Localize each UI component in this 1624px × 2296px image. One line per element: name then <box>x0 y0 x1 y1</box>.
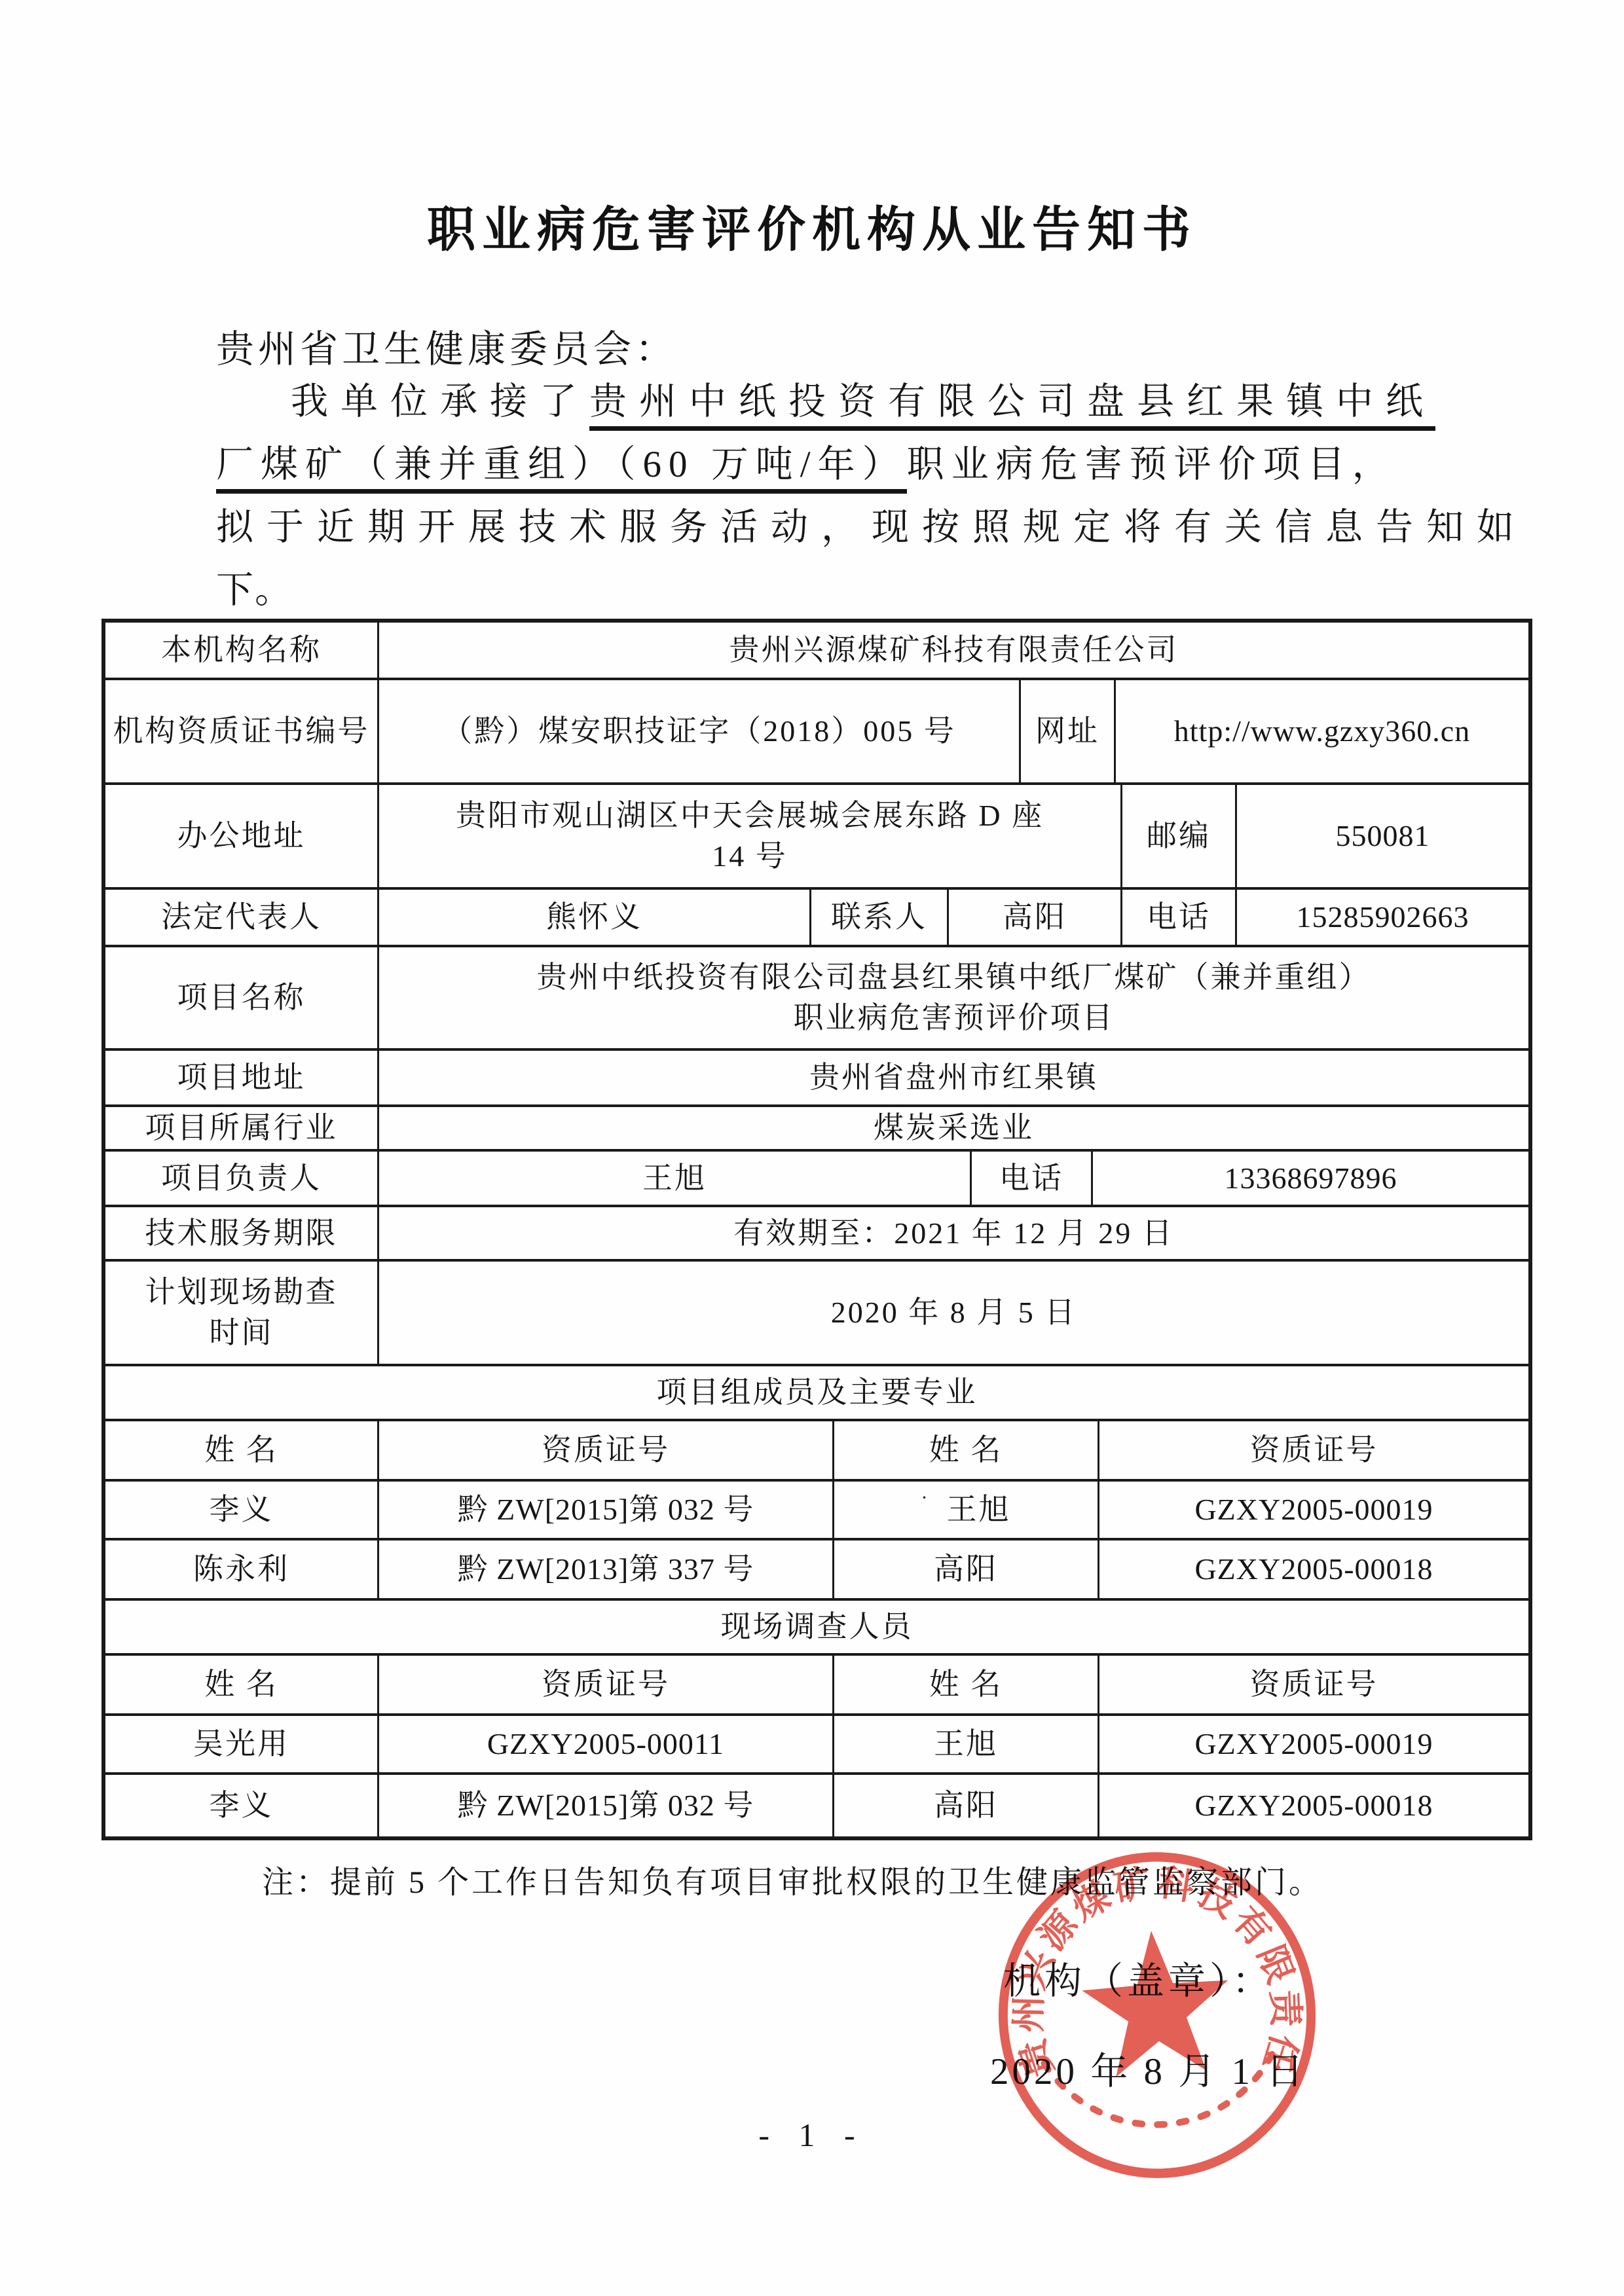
legal-rep-label: 法定代表人 <box>105 890 377 945</box>
member-cert-header: 资质证号 <box>1098 1421 1528 1479</box>
document-title: 职业病危害评价机构从业告知书 <box>0 191 1624 261</box>
office-address-label: 办公地址 <box>105 785 377 887</box>
notification-info-table: 本机构名称 贵州兴源煤矿科技有限责任公司 机构资质证书编号 （黔）煤安职技证字（… <box>101 619 1532 1840</box>
surveyor-cert: GZXY2005-00018 <box>1098 1775 1528 1836</box>
section-members-title: 项目组成员及主要专业 <box>105 1366 1528 1419</box>
paragraph-line-3: 拟于近期开展技术服务活动，现按照规定将有关信息告知如 <box>216 496 1434 559</box>
project-leader-label: 项目负责人 <box>105 1152 377 1205</box>
body-paragraph: 我单位承接了贵州中纸投资有限公司盘县红果镇中纸 厂煤矿（兼并重组）（60 万吨/… <box>216 371 1434 622</box>
section-survey-title: 现场调查人员 <box>105 1601 1528 1653</box>
leader-phone-label: 电话 <box>970 1152 1091 1205</box>
project-address-label: 项目地址 <box>105 1051 377 1104</box>
salutation: 贵州省卫生健康委员会： <box>216 318 677 373</box>
surveyor-name: 李义 <box>105 1775 377 1836</box>
surveyor-name-header: 姓 名 <box>832 1656 1098 1713</box>
seal-dotted-ring <box>1044 2047 1280 2132</box>
document-page: 职业病危害评价机构从业告知书 贵州省卫生健康委员会： 我单位承接了贵州中纸投资有… <box>0 0 1624 2296</box>
surveyor-cert-header: 资质证号 <box>377 1656 832 1713</box>
page-number: - 1 - <box>0 2116 1624 2154</box>
row-org-name: 本机构名称 贵州兴源煤矿科技有限责任公司 <box>105 623 1528 678</box>
surveyor-cert: GZXY2005-00011 <box>377 1716 832 1772</box>
member-cert-header: 资质证号 <box>377 1421 832 1479</box>
members-header-row: 姓 名 资质证号 姓 名 资质证号 <box>105 1419 1528 1479</box>
surveyor-cert: GZXY2005-00019 <box>1098 1716 1528 1772</box>
member-name: 高阳 <box>832 1540 1098 1598</box>
member-cert: 黔 ZW[2013]第 337 号 <box>377 1540 832 1598</box>
surveyor-row: 吴光用 GZXY2005-00011 王旭 GZXY2005-00019 <box>105 1713 1528 1772</box>
surveyor-cert: 黔 ZW[2015]第 032 号 <box>377 1775 832 1836</box>
project-address-value: 贵州省盘州市红果镇 <box>377 1051 1528 1104</box>
surveyor-cert-header: 资质证号 <box>1098 1656 1528 1713</box>
member-name-header: 姓 名 <box>832 1421 1098 1479</box>
office-address-value: 贵阳市观山湖区中天会展城会展东路 D 座 14 号 <box>377 785 1120 887</box>
service-period-label: 技术服务期限 <box>105 1207 377 1259</box>
website-value: http://www.gzxy360.cn <box>1114 680 1528 782</box>
seal-star-icon <box>1079 1925 1234 2079</box>
surveyor-name: 王旭 <box>832 1716 1098 1772</box>
cert-number-value: （黔）煤安职技证字（2018）005 号 <box>377 680 1019 782</box>
member-row: 李义 黔 ZW[2015]第 032 号 ·王旭 GZXY2005-00019 <box>105 1479 1528 1538</box>
company-seal-stamp: 贵州兴源煤矿科技有限责任公司 <box>983 1836 1332 2193</box>
project-name-label: 项目名称 <box>105 947 377 1048</box>
underlined-project-name-part1: 贵州中纸投资有限公司盘县红果镇中纸 <box>589 381 1435 431</box>
section-project-members: 项目组成员及主要专业 <box>105 1364 1528 1419</box>
surveyor-row: 李义 黔 ZW[2015]第 032 号 高阳 GZXY2005-00018 <box>105 1772 1528 1836</box>
row-office-address: 办公地址 贵阳市观山湖区中天会展城会展东路 D 座 14 号 邮编 550081 <box>105 782 1528 887</box>
member-row: 陈永利 黔 ZW[2013]第 337 号 高阳 GZXY2005-00018 <box>105 1538 1528 1598</box>
member-cert: GZXY2005-00019 <box>1098 1482 1528 1538</box>
surveyor-name: 高阳 <box>832 1775 1098 1836</box>
surveyor-name-header: 姓 名 <box>105 1656 377 1713</box>
member-name: ·王旭 <box>832 1482 1098 1538</box>
site-survey-value: 2020 年 8 月 5 日 <box>377 1262 1528 1364</box>
row-site-survey-date: 计划现场勘查 时间 2020 年 8 月 5 日 <box>105 1259 1528 1364</box>
row-legal-representative: 法定代表人 熊怀义 联系人 高阳 电话 15285902663 <box>105 887 1528 945</box>
website-label: 网址 <box>1019 680 1114 782</box>
row-cert-number: 机构资质证书编号 （黔）煤安职技证字（2018）005 号 网址 http://… <box>105 678 1528 782</box>
org-name-value: 贵州兴源煤矿科技有限责任公司 <box>377 623 1528 678</box>
row-project-name: 项目名称 贵州中纸投资有限公司盘县红果镇中纸厂煤矿（兼并重组） 职业病危害预评价… <box>105 945 1528 1048</box>
project-leader-value: 王旭 <box>377 1152 970 1205</box>
phone-value: 15285902663 <box>1235 890 1528 945</box>
surveyor-name: 吴光用 <box>105 1716 377 1772</box>
site-survey-label: 计划现场勘查 时间 <box>105 1262 377 1364</box>
paragraph-line-1: 我单位承接了贵州中纸投资有限公司盘县红果镇中纸 <box>216 371 1434 433</box>
member-name: 李义 <box>105 1482 377 1538</box>
phone-label: 电话 <box>1120 890 1235 945</box>
project-industry-label: 项目所属行业 <box>105 1107 377 1149</box>
row-project-address: 项目地址 贵州省盘州市红果镇 <box>105 1048 1528 1104</box>
project-industry-value: 煤炭采选业 <box>377 1107 1528 1149</box>
section-site-survey-staff: 现场调查人员 <box>105 1598 1528 1653</box>
org-name-label: 本机构名称 <box>105 623 377 678</box>
contact-person-value: 高阳 <box>947 890 1120 945</box>
service-period-value: 有效期至：2021 年 12 月 29 日 <box>377 1207 1528 1259</box>
member-cert: 黔 ZW[2015]第 032 号 <box>377 1482 832 1538</box>
survey-header-row: 姓 名 资质证号 姓 名 资质证号 <box>105 1653 1528 1713</box>
paragraph-line-2: 厂煤矿（兼并重组）（60 万吨/年）职业病危害预评价项目， <box>216 433 1434 496</box>
leader-phone-value: 13368697896 <box>1091 1152 1528 1205</box>
underlined-project-name-part2: 厂煤矿（兼并重组）（60 万吨/年） <box>216 444 907 494</box>
member-name-header: 姓 名 <box>105 1421 377 1479</box>
stray-mark: · <box>921 1482 930 1518</box>
legal-rep-value: 熊怀义 <box>377 890 809 945</box>
paragraph-line-4: 下。 <box>216 559 1434 622</box>
row-service-period: 技术服务期限 有效期至：2021 年 12 月 29 日 <box>105 1205 1528 1259</box>
member-cert: GZXY2005-00018 <box>1098 1540 1528 1598</box>
project-name-value: 贵州中纸投资有限公司盘县红果镇中纸厂煤矿（兼并重组） 职业病危害预评价项目 <box>377 947 1528 1048</box>
postcode-label: 邮编 <box>1120 785 1235 887</box>
postcode-value: 550081 <box>1235 785 1528 887</box>
contact-person-label: 联系人 <box>809 890 947 945</box>
row-project-industry: 项目所属行业 煤炭采选业 <box>105 1104 1528 1149</box>
cert-number-label: 机构资质证书编号 <box>105 680 377 782</box>
row-project-leader: 项目负责人 王旭 电话 13368697896 <box>105 1149 1528 1205</box>
member-name: 陈永利 <box>105 1540 377 1598</box>
